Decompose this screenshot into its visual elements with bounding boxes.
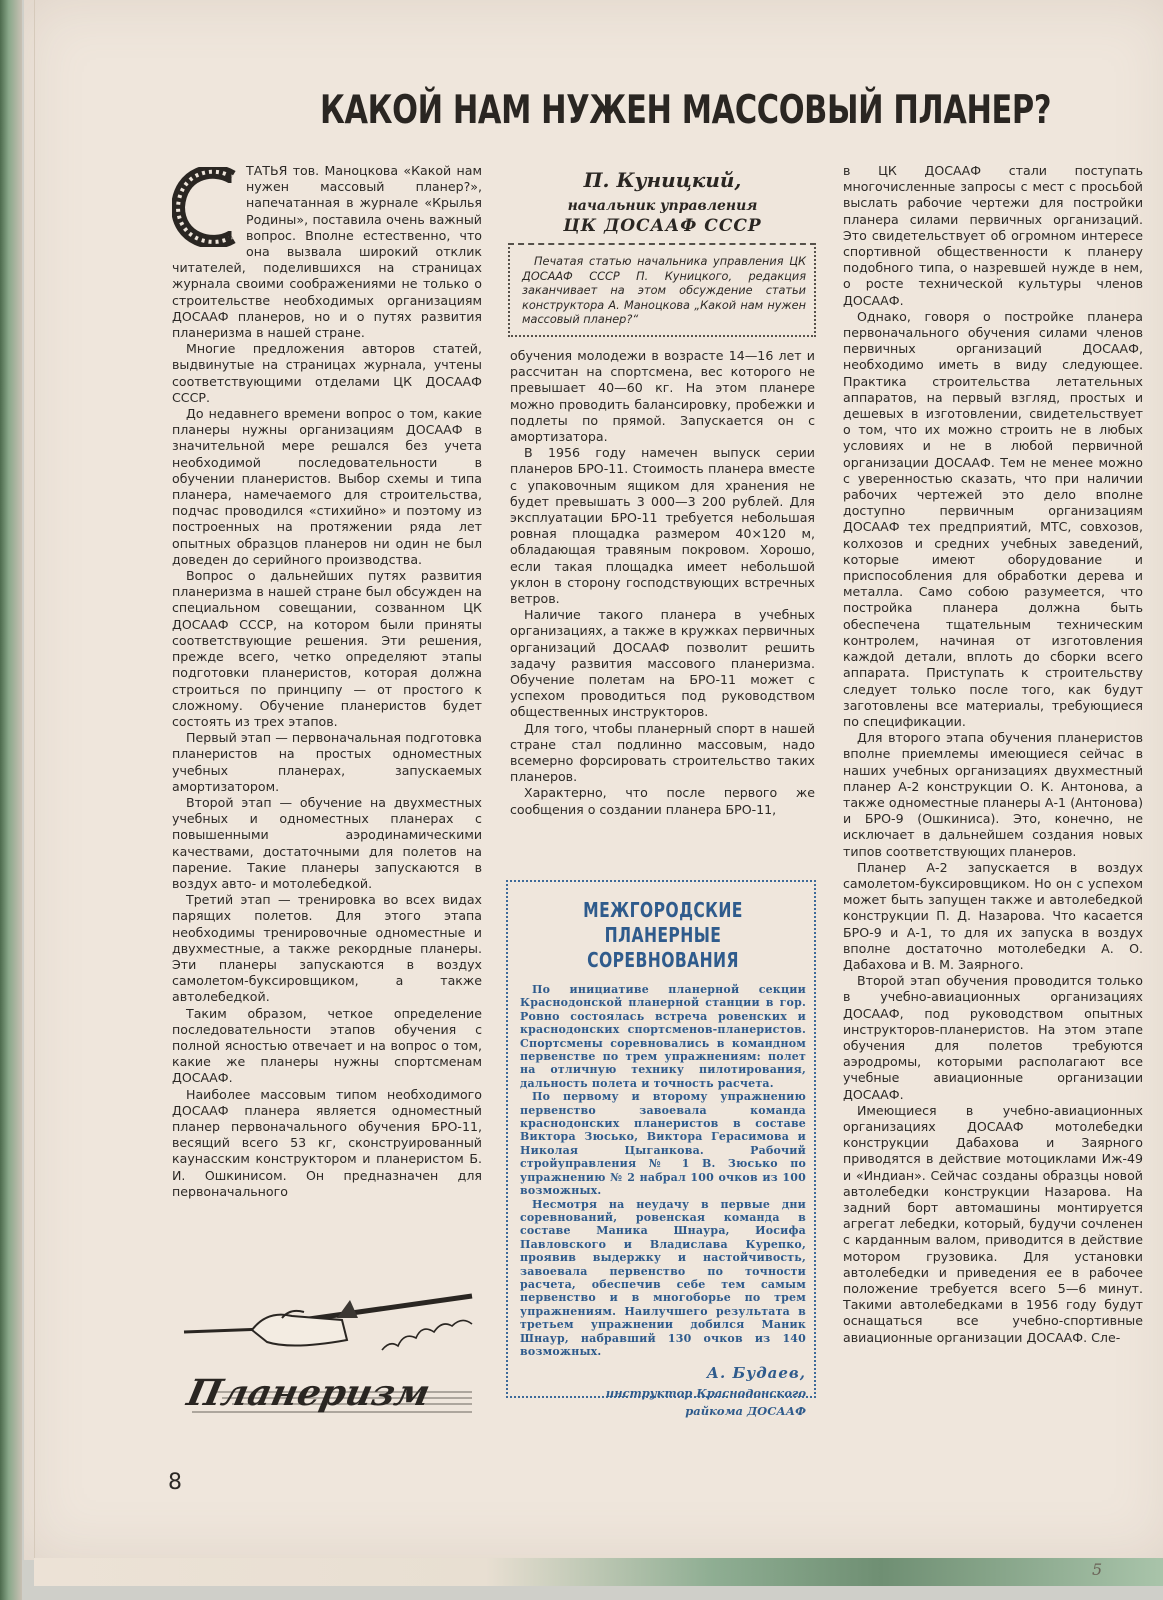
- news-paragraph: По инициативе планерной секции Краснодон…: [520, 983, 806, 1090]
- paragraph: Наличие такого планера в учебных организ…: [510, 607, 815, 720]
- editor-note-text: Печатая статью начальника управления ЦК …: [522, 255, 806, 328]
- illustration-caption: Планеризм: [183, 1371, 434, 1414]
- news-signature: А. Будаев, инструктор Краснодонского рай…: [520, 1364, 806, 1418]
- news-paragraph: По первому и второму упражнению первенст…: [520, 1090, 806, 1197]
- paragraph: Планер А-2 запускается в воздух самолето…: [843, 860, 1143, 973]
- page-number: 8: [168, 1470, 182, 1495]
- paragraph: в ЦК ДОСААФ стали поступать многочисленн…: [843, 163, 1143, 309]
- paragraph: Для второго этапа обучения планеристов в…: [843, 730, 1143, 860]
- editor-note-box: Печатая статью начальника управления ЦК …: [508, 243, 816, 337]
- article-column-2: обучения молодежи в возрасте 14—16 лет и…: [510, 348, 815, 818]
- paragraph: обучения молодежи в возрасте 14—16 лет и…: [510, 348, 815, 445]
- news-headline-line-2: ПЛАНЕРНЫЕ СОРЕВНОВАНИЯ: [551, 923, 774, 973]
- paragraph: Для того, чтобы планерный спорт в нашей …: [510, 721, 815, 786]
- paragraph: Второй этап — обучение на двухместных уч…: [172, 795, 482, 892]
- paragraph: В 1956 году намечен выпуск серии планеро…: [510, 445, 815, 607]
- news-headline-line-1: МЕЖГОРОДСКИЕ: [551, 898, 774, 923]
- paragraph: Таким образом, четкое определение послед…: [172, 1006, 482, 1087]
- author-name: П. Куницкий,: [510, 168, 815, 192]
- news-sidebar-box: МЕЖГОРОДСКИЕ ПЛАНЕРНЫЕ СОРЕВНОВАНИЯ По и…: [506, 880, 816, 1398]
- signature-name: А. Будаев,: [520, 1364, 806, 1382]
- paragraph: Характерно, что после первого же сообщен…: [510, 785, 815, 817]
- signature-position-2: райкома ДОСААФ: [520, 1404, 806, 1418]
- article-column-1: ТАТЬЯ тов. Маноцкова «Какой нам нужен ма…: [172, 163, 482, 1200]
- glider-icon: Планеризм: [172, 1280, 482, 1420]
- news-paragraph: Несмотря на неудачу в первые дни соревно…: [520, 1198, 806, 1359]
- paragraph: Многие предложения авторов статей, выдви…: [172, 341, 482, 406]
- paragraph: Второй этап обучения проводится только в…: [843, 973, 1143, 1103]
- underlying-page-edge: [34, 1558, 1163, 1586]
- author-organization: ЦК ДОСААФ СССР: [510, 216, 815, 236]
- magazine-spine-edge: [0, 0, 22, 1600]
- paragraph: Однако, говоря о постройке планера перво…: [843, 309, 1143, 730]
- page-fold-line: [34, 0, 35, 1560]
- article-title: КАКОЙ НАМ НУЖЕН МАССОВЫЙ ПЛАНЕР?: [320, 88, 866, 133]
- news-headline: МЕЖГОРОДСКИЕ ПЛАНЕРНЫЕ СОРЕВНОВАНИЯ: [551, 898, 774, 973]
- paragraph: Вопрос о дальнейших путях развития плане…: [172, 568, 482, 730]
- paragraph: Наиболее массовым типом необходимого ДОС…: [172, 1087, 482, 1200]
- paragraph: Первый этап — первоначальная подготовка …: [172, 730, 482, 795]
- paragraph: Имеющиеся в учебно-авиационных организац…: [843, 1103, 1143, 1346]
- paragraph: Третий этап — тренировка во всех видах п…: [172, 892, 482, 1005]
- author-byline: П. Куницкий, начальник управления ЦК ДОС…: [510, 168, 815, 236]
- glider-illustration: Планеризм: [172, 1280, 482, 1420]
- underlying-page-number: 5: [1092, 1560, 1102, 1579]
- ornamental-dropcap-icon: [172, 167, 238, 247]
- paragraph: До недавнего времени вопрос о том, какие…: [172, 406, 482, 568]
- article-column-3: в ЦК ДОСААФ стали поступать многочисленн…: [843, 163, 1143, 1346]
- news-body: По инициативе планерной секции Краснодон…: [520, 983, 806, 1358]
- author-position: начальник управления: [510, 198, 815, 214]
- signature-position-1: инструктор Краснодонского: [520, 1386, 806, 1400]
